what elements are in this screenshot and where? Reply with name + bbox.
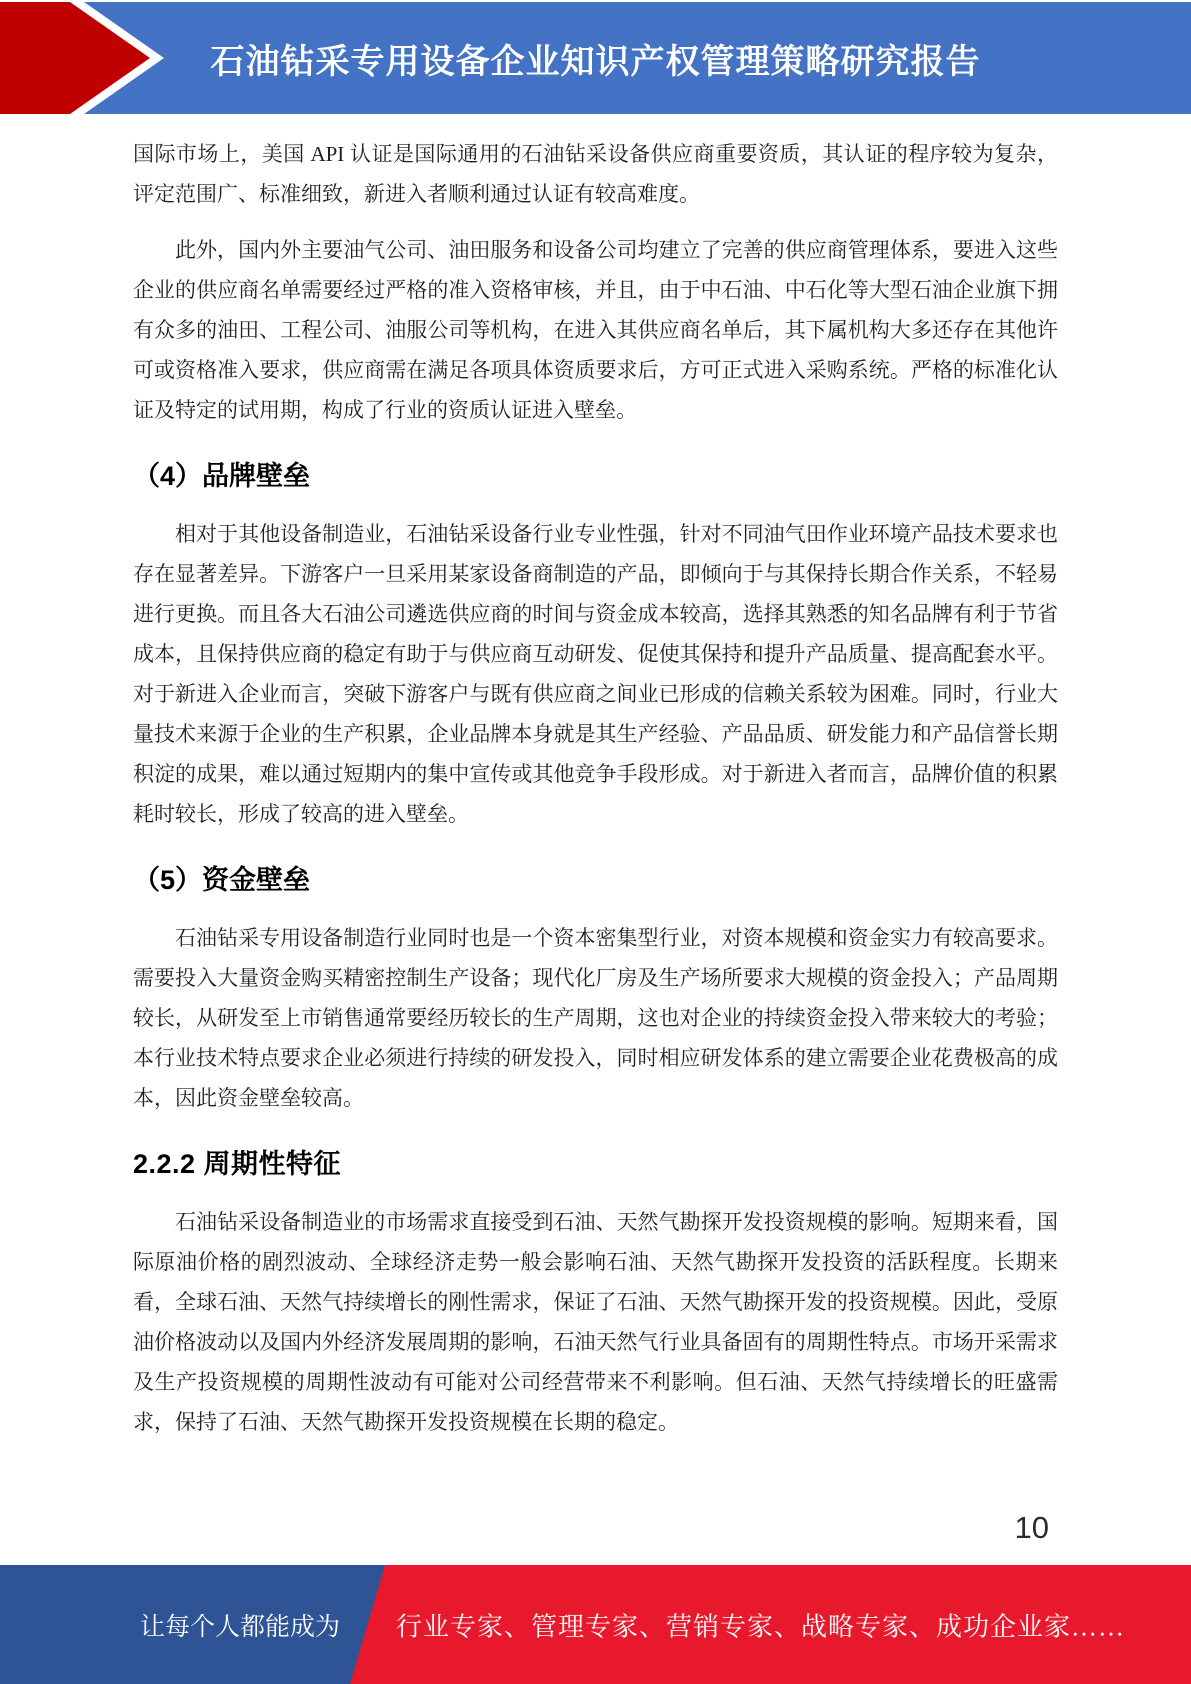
footer-right-slogan: 行业专家、管理专家、营销专家、战略专家、成功企业家…… [396, 1606, 1125, 1643]
paragraph-brand-barrier: 相对于其他设备制造业，石油钻采设备行业专业性强，针对不同油气田作业环境产品技术要… [133, 514, 1058, 834]
report-header-banner: 石油钻采专用设备企业知识产权管理策略研究报告 [0, 2, 1191, 114]
report-title: 石油钻采专用设备企业知识产权管理策略研究报告 [0, 2, 1191, 114]
footer-banner: 让每个人都能成为 行业专家、管理专家、营销专家、战略专家、成功企业家…… [0, 1565, 1191, 1684]
section-heading-cyclical-features: 2.2.2 周期性特征 [133, 1146, 1058, 1182]
document-body: 国际市场上，美国 API 认证是国际通用的石油钻采设备供应商重要资质，其认证的程… [133, 114, 1058, 1442]
page-number: 10 [1015, 1510, 1049, 1546]
paragraph-supplier-system: 此外，国内外主要油气公司、油田服务和设备公司均建立了完善的供应商管理体系，要进入… [133, 230, 1058, 430]
paragraph-cyclical-features: 石油钻采设备制造业的市场需求直接受到石油、天然气勘探开发投资规模的影响。短期来看… [133, 1202, 1058, 1442]
paragraph-capital-barrier: 石油钻采专用设备制造行业同时也是一个资本密集型行业，对资本规模和资金实力有较高要… [133, 918, 1058, 1118]
footer-left-slogan: 让每个人都能成为 [140, 1607, 340, 1643]
section-heading-brand-barrier: （4）品牌壁垒 [133, 458, 1058, 494]
paragraph-api-certification: 国际市场上，美国 API 认证是国际通用的石油钻采设备供应商重要资质，其认证的程… [133, 134, 1058, 214]
section-heading-capital-barrier: （5）资金壁垒 [133, 862, 1058, 898]
